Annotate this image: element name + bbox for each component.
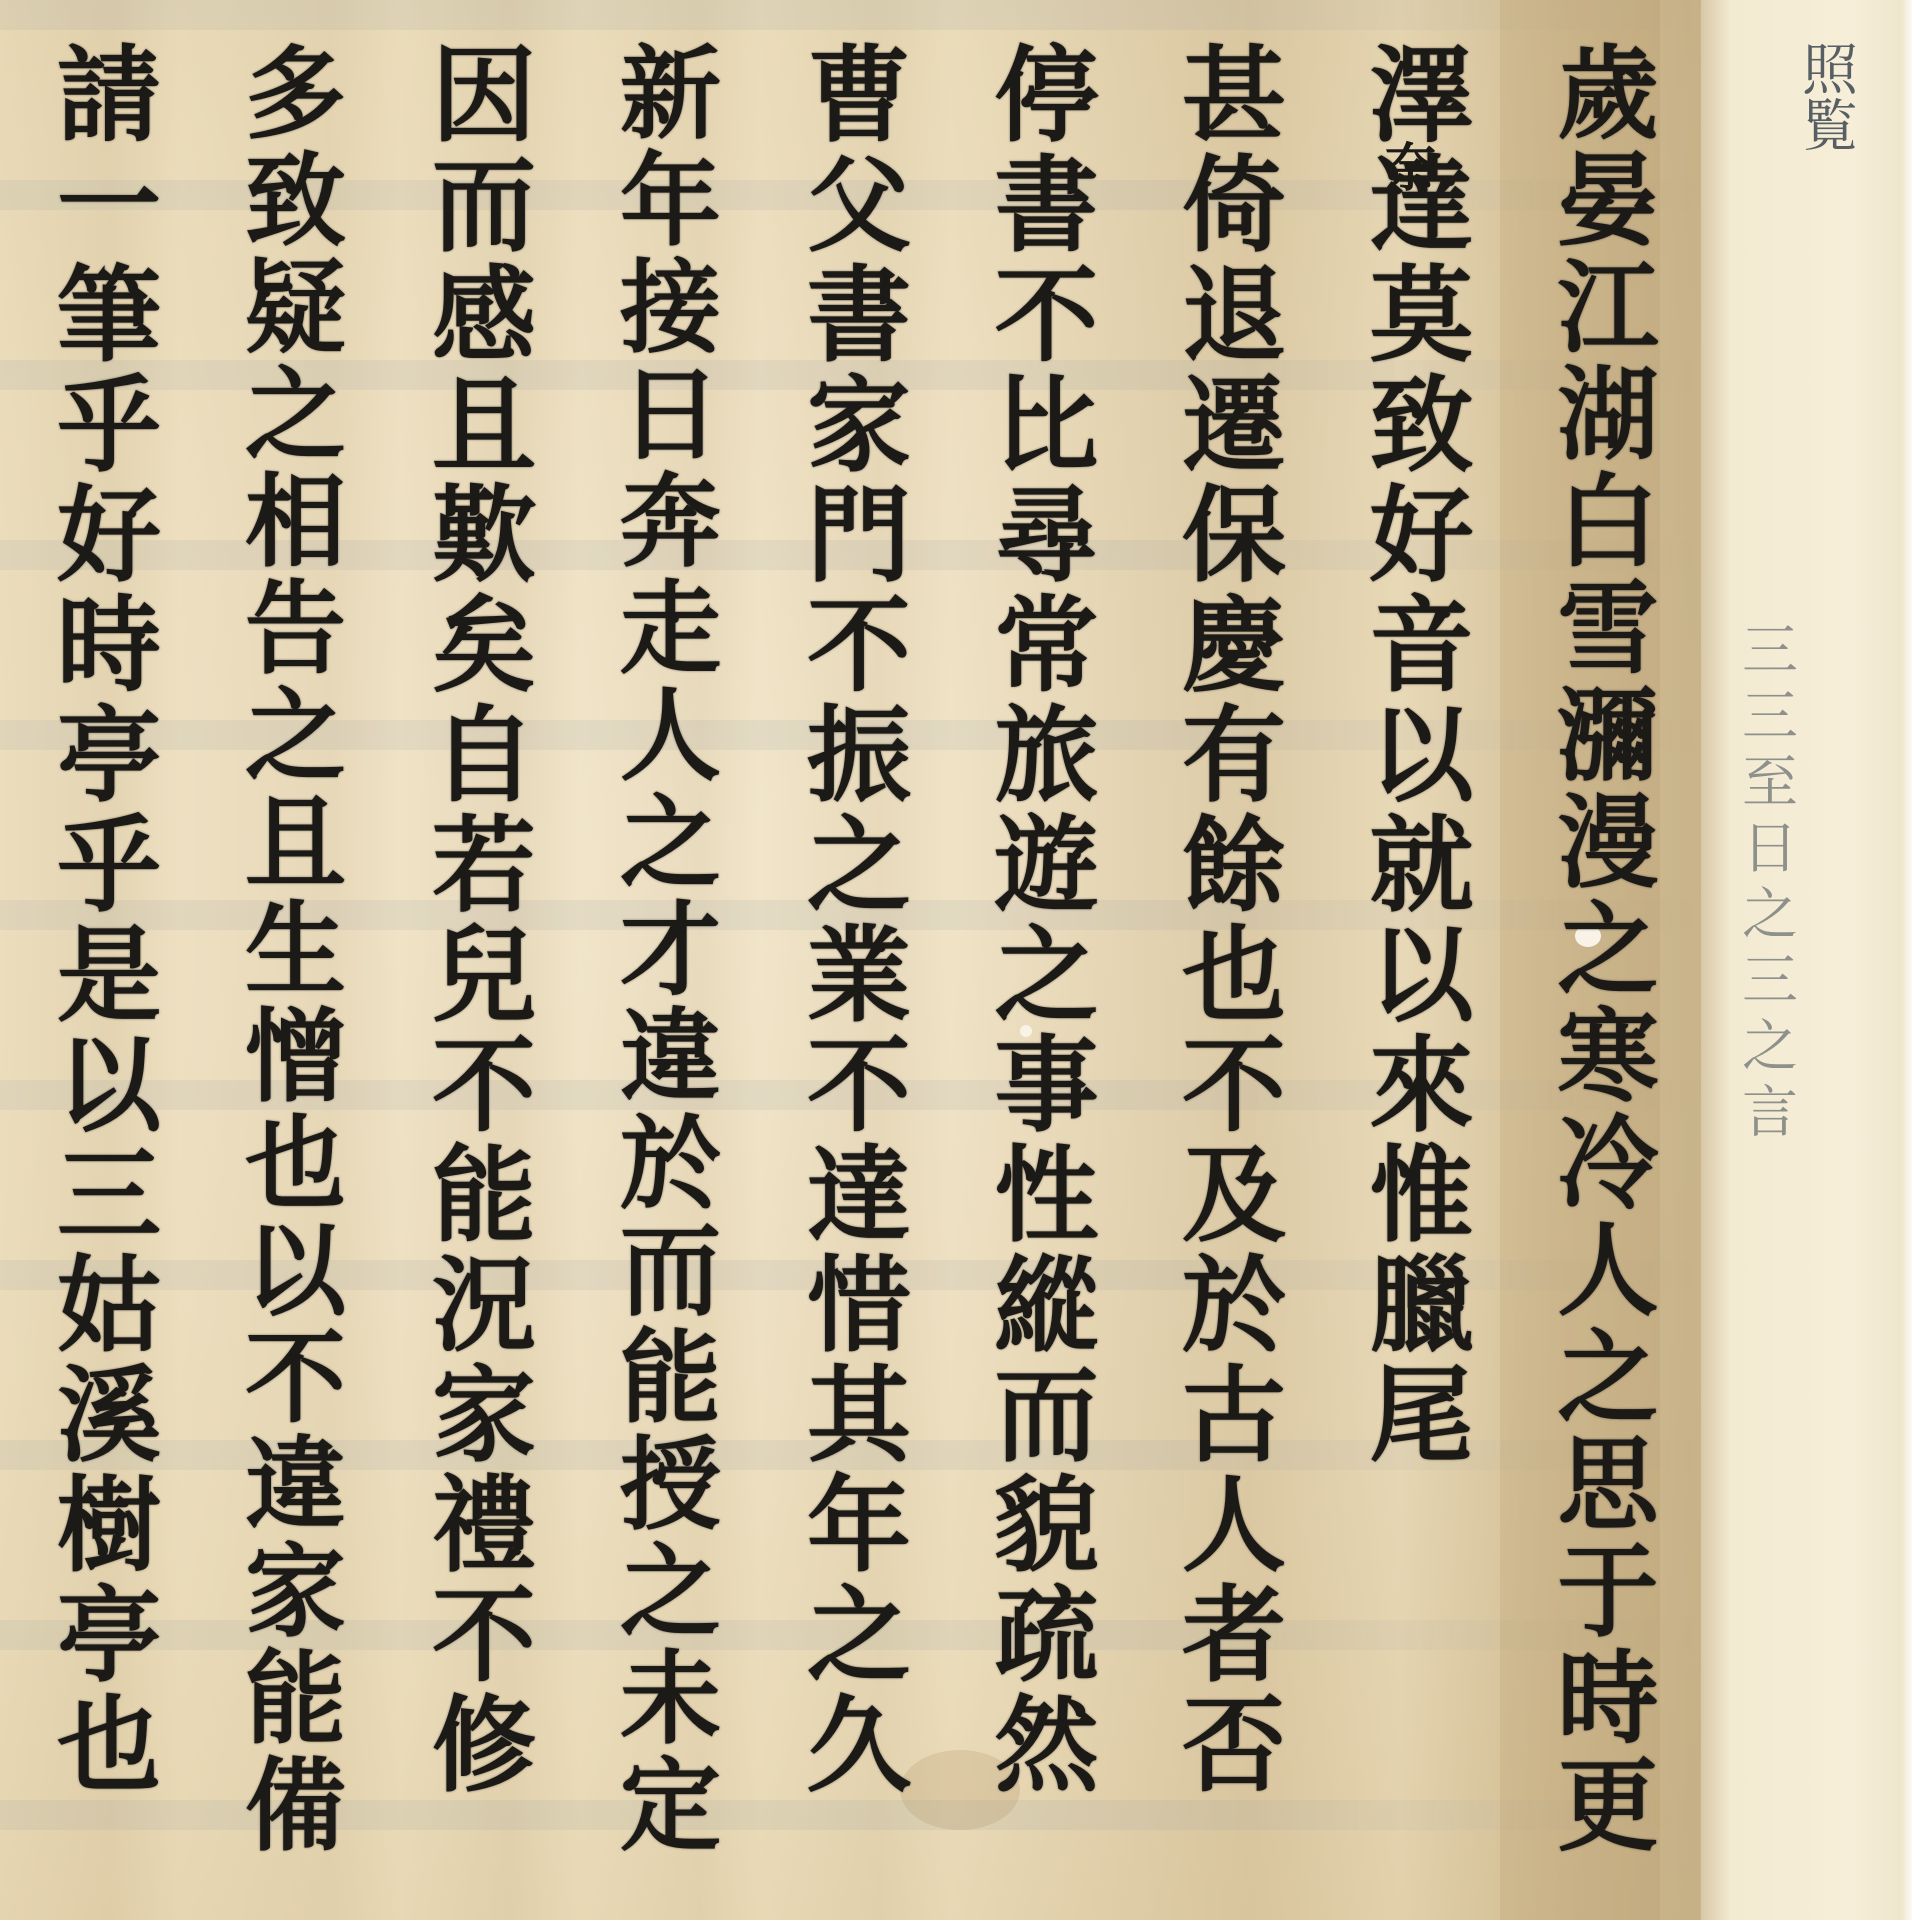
column-text: 甚倚退遷保慶有餘也不及於古人者否	[1173, 40, 1277, 1800]
column-text: 新年接日奔走人之才違於而能授之未定	[612, 40, 713, 1859]
margin-note: 三三至日之三之言	[1725, 620, 1805, 1148]
column-text: 多致疑之相告之且生憎也以不違家能備	[237, 40, 338, 1859]
column-text: 請一筆乎好時亭乎是以三姑溪樹亭也	[48, 40, 152, 1800]
text-column-7: 因而感且歎矣自若兒不能況家禮不修	[395, 40, 555, 1880]
letter-body: 歲晏江湖白雪瀰漫之寒冷人之思于時更 澤達莫致好音以就以來惟臘尾 甚倚退遷保慶有餘…	[20, 40, 1680, 1880]
column-text: 曹父書家門不振之業不達惜其年之久	[798, 40, 902, 1800]
text-column-3: 甚倚退遷保慶有餘也不及於古人者否	[1145, 40, 1305, 1880]
column-text: 澤達莫致好音以就以來惟臘尾	[1361, 40, 1465, 1470]
text-column-2: 澤達莫致好音以就以來惟臘尾	[1333, 40, 1493, 1880]
text-column-9: 請一筆乎好時亭乎是以三姑溪樹亭也	[20, 40, 180, 1880]
text-column-1: 歲晏江湖白雪瀰漫之寒冷人之思于時更	[1520, 40, 1680, 1880]
margin-heading: 照覧	[1785, 40, 1865, 152]
column-text: 歲晏江湖白雪瀰漫之寒冷人之思于時更	[1550, 40, 1651, 1859]
text-column-6: 新年接日奔走人之才違於而能授之未定	[583, 40, 743, 1880]
text-column-4: 停書不比尋常旅遊之事性縱而貌疏然	[958, 40, 1118, 1880]
page-edge	[1912, 0, 1920, 1920]
column-text: 停書不比尋常旅遊之事性縱而貌疏然	[986, 40, 1090, 1800]
text-column-8: 多致疑之相告之且生憎也以不違家能備	[208, 40, 368, 1880]
text-column-5: 曹父書家門不振之業不達惜其年之久	[770, 40, 930, 1880]
column-text: 因而感且歎矣自若兒不能況家禮不修	[423, 40, 527, 1800]
